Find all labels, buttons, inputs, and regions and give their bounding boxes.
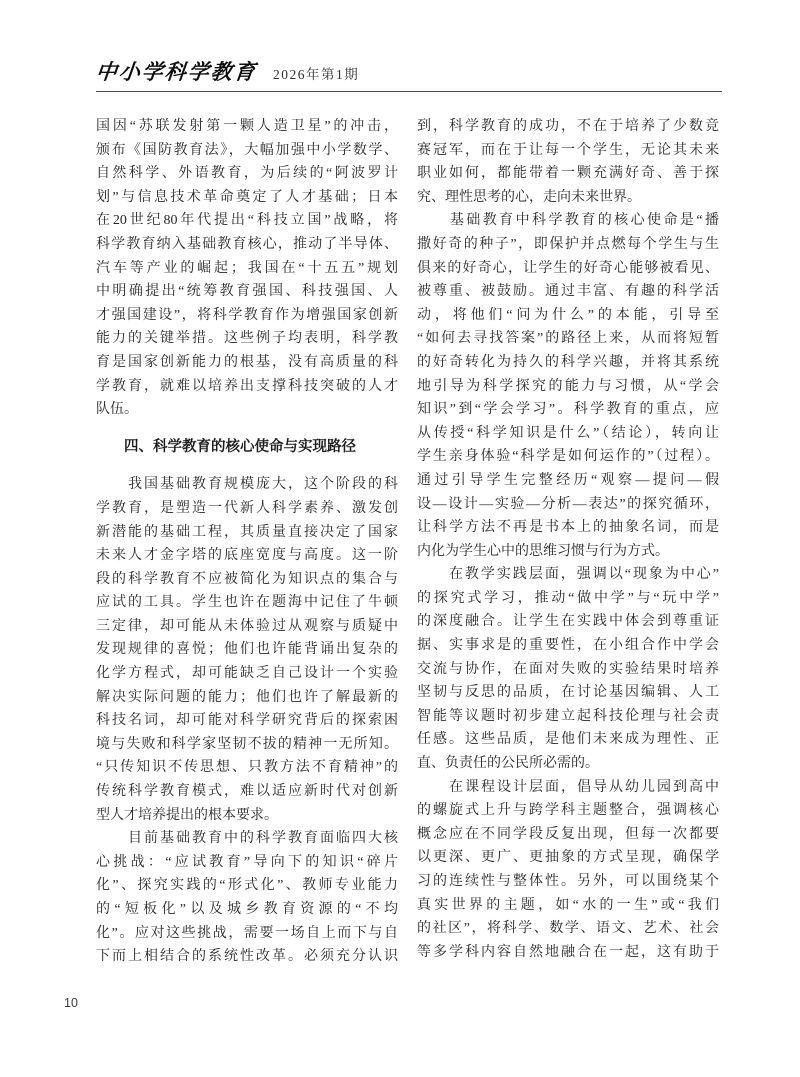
- text-line: 被尊重、被鼓励。通过丰富、有趣的科学活: [417, 280, 719, 304]
- text-line: 学教育，是塑造一代新人科学素养、激发创: [96, 497, 398, 521]
- text-line: 发现规律的喜悦；他们也许能背诵出复杂的: [96, 638, 398, 662]
- text-line: 颁布《国防教育法》，大幅加强中小学数学、: [96, 139, 398, 163]
- paragraph: 到，科学教育的成功，不在于培养了少数竞赛冠军，而在于让每一个学生，无论其未来职业…: [417, 115, 719, 209]
- text-line: 中明确提出“统筹教育强国、科技强国、人: [96, 280, 398, 304]
- paragraph: 在教学实践层面，强调以“现象为中心”的探究式学习，推动“做中学”与“玩中学”的深…: [417, 563, 719, 775]
- text-line: 国因“苏联发射第一颗人造卫星”的冲击，: [96, 115, 398, 139]
- text-line: 的“短板化”以及城乡教育资源的“不均: [96, 898, 398, 922]
- text-line: 职业如何，都能带着一颗充满好奇、善于探: [417, 162, 719, 186]
- text-line: 习的连续性与整体性。另外，可以围绕某个: [417, 870, 719, 894]
- paragraph: 国因“苏联发射第一颗人造卫星”的冲击，颁布《国防教育法》，大幅加强中小学数学、自…: [96, 115, 398, 422]
- text-line: 动，将他们“问为什么”的本能，引导至: [417, 304, 719, 328]
- text-line: 应试的工具。学生也许在题海中记住了牛顿: [96, 591, 398, 615]
- text-line: 三定律，却可能从未体验过从观察与质疑中: [96, 615, 398, 639]
- text-line: 通过引导学生完整经历“观察—提问—假: [417, 469, 719, 493]
- text-line: 化”、探究实践的“形式化”、教师专业能力: [96, 874, 398, 898]
- text-line: 任感。这些品质，是他们未来成为理性、正: [417, 728, 719, 752]
- text-line: 育是国家创新能力的根基，没有高质量的科: [96, 351, 398, 375]
- text-line: 以更深、更广、更抽象的方式呈现，确保学: [417, 846, 719, 870]
- text-line: 的好奇转化为持久的科学兴趣，并将其系统: [417, 351, 719, 375]
- text-line: 知识”到“学会学习”。科学教育的重点，应: [417, 398, 719, 422]
- text-line: 学教育，就难以培养出支撑科技突破的人才: [96, 375, 398, 399]
- text-line: 段的科学教育不应被简化为知识点的集合与: [96, 568, 398, 592]
- text-line: 基础教育中科学教育的核心使命是“播: [417, 209, 719, 233]
- text-line: “只传知识不传思想、只教方法不育精神”的: [96, 756, 398, 780]
- text-line: 才强国建设”，将科学教育作为增强国家创新: [96, 304, 398, 328]
- section-heading: 四、科学教育的核心使命与实现路径: [96, 436, 398, 460]
- text-line: 撒好奇的种子”，即保护并点燃每个学生与生: [417, 233, 719, 257]
- text-line: 从传授“科学知识是什么”（结论），转向让: [417, 422, 719, 446]
- text-line: 划”与信息技术革命奠定了人才基础；日本: [96, 186, 398, 210]
- text-line: 下而上相结合的系统性改革。必须充分认识: [96, 945, 398, 969]
- article-body: 国因“苏联发射第一颗人造卫星”的冲击，颁布《国防教育法》，大幅加强中小学数学、自…: [96, 115, 719, 969]
- text-line: 型人才培养提出的根本要求。: [96, 804, 398, 828]
- journal-brand-row: 中小学科学教育 2026年第1期: [96, 56, 722, 86]
- text-line: 在20世纪80年代提出“科技立国”战略，将: [96, 209, 398, 233]
- page-number: 10: [64, 996, 78, 1010]
- text-line: 目前基础教育中的科学教育面临四大核: [96, 827, 398, 851]
- right-column: 到，科学教育的成功，不在于培养了少数竞赛冠军，而在于让每一个学生，无论其未来职业…: [417, 115, 719, 969]
- text-line: 赛冠军，而在于让每一个学生，无论其未来: [417, 139, 719, 163]
- text-line: 据、实事求是的重要性，在小组合作中学会: [417, 634, 719, 658]
- text-line: 智能等议题时初步建立起科技伦理与社会责: [417, 705, 719, 729]
- text-line: 究、理性思考的心，走向未来世界。: [417, 186, 719, 210]
- paragraph: 在课程设计层面，倡导从幼儿园到高中的螺旋式上升与跨学科主题整合，强调核心概念应在…: [417, 776, 719, 965]
- text-line: 的深度融合。让学生在实践中体会到尊重证: [417, 610, 719, 634]
- text-line: 地引导为科学探究的能力与习惯，从“学会: [417, 375, 719, 399]
- text-line: 新潜能的基础工程，其质量直接决定了国家: [96, 521, 398, 545]
- text-line: 境与失败和科学家坚韧不拔的精神一无所知。: [96, 733, 398, 757]
- text-line: 化学方程式，却可能缺乏自己设计一个实验: [96, 662, 398, 686]
- text-line: 我国基础教育规模庞大，这个阶段的科: [96, 473, 398, 497]
- text-line: 化”。应对这些挑战，需要一场自上而下与自: [96, 922, 398, 946]
- paragraph: 我国基础教育规模庞大，这个阶段的科学教育，是塑造一代新人科学素养、激发创新潜能的…: [96, 473, 398, 827]
- text-line: 学生亲身体验“科学是如何运作的”（过程）。: [417, 445, 719, 469]
- text-line: 的螺旋式上升与跨学科主题整合，强调核心: [417, 799, 719, 823]
- text-line: 真实世界的主题，如“水的一生”或“我们: [417, 894, 719, 918]
- text-line: 到，科学教育的成功，不在于培养了少数竞: [417, 115, 719, 139]
- text-line: 等多学科内容自然地融合在一起，这有助于: [417, 941, 719, 965]
- text-line: 的探究式学习，推动“做中学”与“玩中学”: [417, 587, 719, 611]
- text-line: 未来人才金字塔的底座宽度与高度。这一阶: [96, 544, 398, 568]
- journal-logo: 中小学科学教育: [94, 56, 258, 86]
- text-line: 解决实际问题的能力；他们也许了解最新的: [96, 686, 398, 710]
- header-rule-divider: [96, 91, 722, 92]
- text-line: 自然科学、外语教育，为后续的“阿波罗计: [96, 162, 398, 186]
- text-line: 设—设计—实验—分析—表达”的探究循环，: [417, 493, 719, 517]
- paragraph: 基础教育中科学教育的核心使命是“播撒好奇的种子”，即保护并点燃每个学生与生俱来的…: [417, 209, 719, 563]
- text-line: 心挑战：“应试教育”导向下的知识“碎片: [96, 851, 398, 875]
- text-line: 内化为学生心中的思维习惯与行为方式。: [417, 540, 719, 564]
- left-column: 国因“苏联发射第一颗人造卫星”的冲击，颁布《国防教育法》，大幅加强中小学数学、自…: [96, 115, 398, 969]
- issue-label: 2026年第1期: [273, 63, 359, 83]
- text-line: 科学教育纳入基础教育核心，推动了半导体、: [96, 233, 398, 257]
- text-line: 能力的关键举措。这些例子均表明，科学教: [96, 327, 398, 351]
- text-line: 直、负责任的公民所必需的。: [417, 752, 719, 776]
- paragraph: 目前基础教育中的科学教育面临四大核心挑战：“应试教育”导向下的知识“碎片化”、探…: [96, 827, 398, 969]
- text-line: 传统科学教育模式，难以适应新时代对创新: [96, 780, 398, 804]
- text-line: 交流与协作，在面对失败的实验结果时培养: [417, 658, 719, 682]
- text-line: 俱来的好奇心，让学生的好奇心能够被看见、: [417, 257, 719, 281]
- text-line: 在课程设计层面，倡导从幼儿园到高中: [417, 776, 719, 800]
- text-line: 科技名词，却可能对科学研究背后的探索困: [96, 709, 398, 733]
- text-line: 队伍。: [96, 398, 398, 422]
- text-line: “如何去寻找答案”的路径上来，从而将短暂: [417, 327, 719, 351]
- page-header: 中小学科学教育 2026年第1期: [96, 56, 722, 90]
- text-line: 概念应在不同学段反复出现，但每一次都要: [417, 823, 719, 847]
- text-line: 在教学实践层面，强调以“现象为中心”: [417, 563, 719, 587]
- text-line: 汽车等产业的崛起；我国在“十五五”规划: [96, 257, 398, 281]
- text-line: 让科学方法不再是书本上的抽象名词，而是: [417, 516, 719, 540]
- text-line: 的社区”，将科学、数学、语文、艺术、社会: [417, 917, 719, 941]
- text-line: 坚韧与反思的品质，在讨论基因编辑、人工: [417, 681, 719, 705]
